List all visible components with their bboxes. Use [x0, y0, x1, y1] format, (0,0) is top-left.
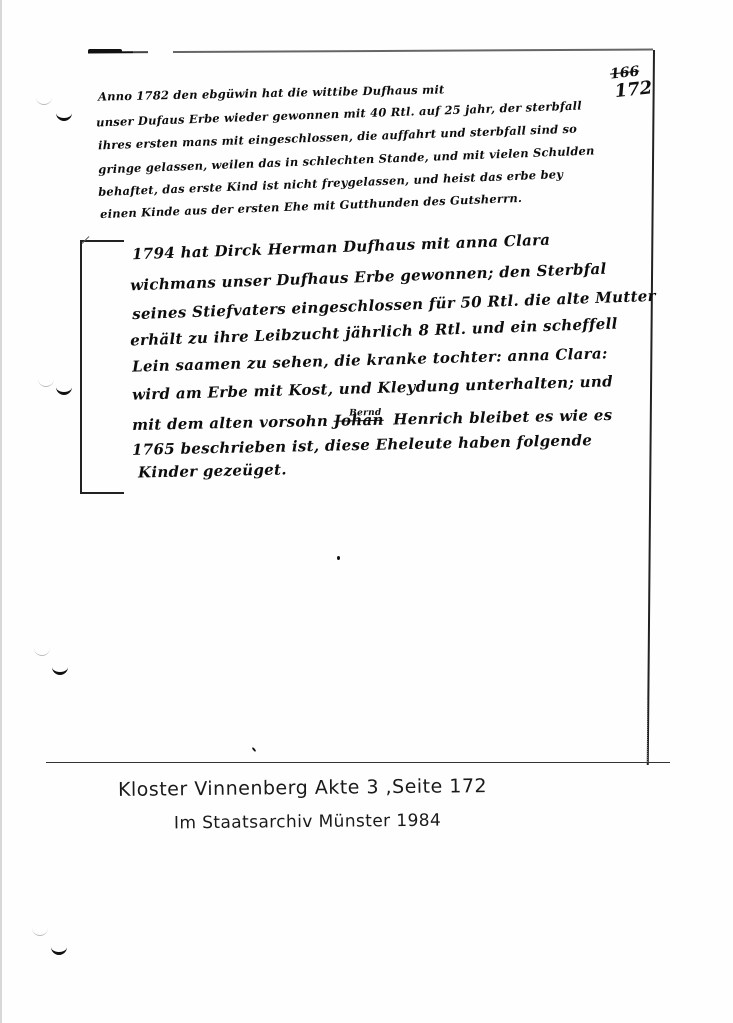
binder-hole-shadow [34, 647, 50, 656]
binder-hole-mark [51, 946, 67, 955]
margin-bracket [80, 240, 124, 494]
page-number: 166 172 [598, 63, 653, 103]
document-page: 166 172 Anno 1782 den ebgüwin hat die wi… [0, 0, 733, 1023]
footer-divider-line [46, 762, 670, 763]
paragraph-2-line: wird am Erbe mit Kost, und Kleydung unte… [132, 372, 613, 403]
right-margin-dotted-line [647, 700, 648, 762]
inserted-word: Bernd [349, 408, 382, 419]
ink-speck [252, 747, 257, 752]
binder-hole-shadow [36, 96, 52, 105]
paragraph-2-line: 1765 beschrieben ist, diese Eheleute hab… [132, 431, 592, 459]
binder-hole-mark [56, 386, 72, 395]
paragraph-2-line-text: Henrich bleibet es wie es [393, 406, 613, 429]
binder-hole-shadow [38, 378, 54, 387]
paragraph-2-line: 1794 hat Dirck Herman Dufhaus mit anna C… [132, 231, 551, 264]
binder-hole-mark [56, 112, 72, 121]
archive-source: Im Staatsarchiv Münster 1984 [174, 811, 441, 834]
top-rule-line [88, 49, 653, 54]
paragraph-1-line: Anno 1782 den ebgüwin hat die wittibe Du… [98, 82, 445, 103]
top-rule-mark [88, 49, 122, 53]
right-margin-line [647, 50, 655, 765]
ink-speck [337, 556, 340, 560]
paragraph-2-line: wichmans unser Dufhaus Erbe gewonnen; de… [130, 260, 607, 295]
paragraph-2-line: mit dem alten vorsohn Johan Bernd Henric… [132, 403, 613, 434]
paragraph-2-line: Kinder gezeüget. [138, 460, 287, 481]
scan-edge [0, 0, 2, 1023]
binder-hole-shadow [32, 927, 48, 936]
paragraph-2-line: Lein saamen zu sehen, die kranke tochter… [132, 344, 608, 375]
binder-hole-mark [52, 666, 68, 675]
paragraph-2-line-text: mit dem alten vorsohn [132, 412, 328, 434]
archive-reference: Kloster Vinnenberg Akte 3 ,Seite 172 [118, 775, 487, 801]
page-number-current: 172 [614, 79, 653, 103]
